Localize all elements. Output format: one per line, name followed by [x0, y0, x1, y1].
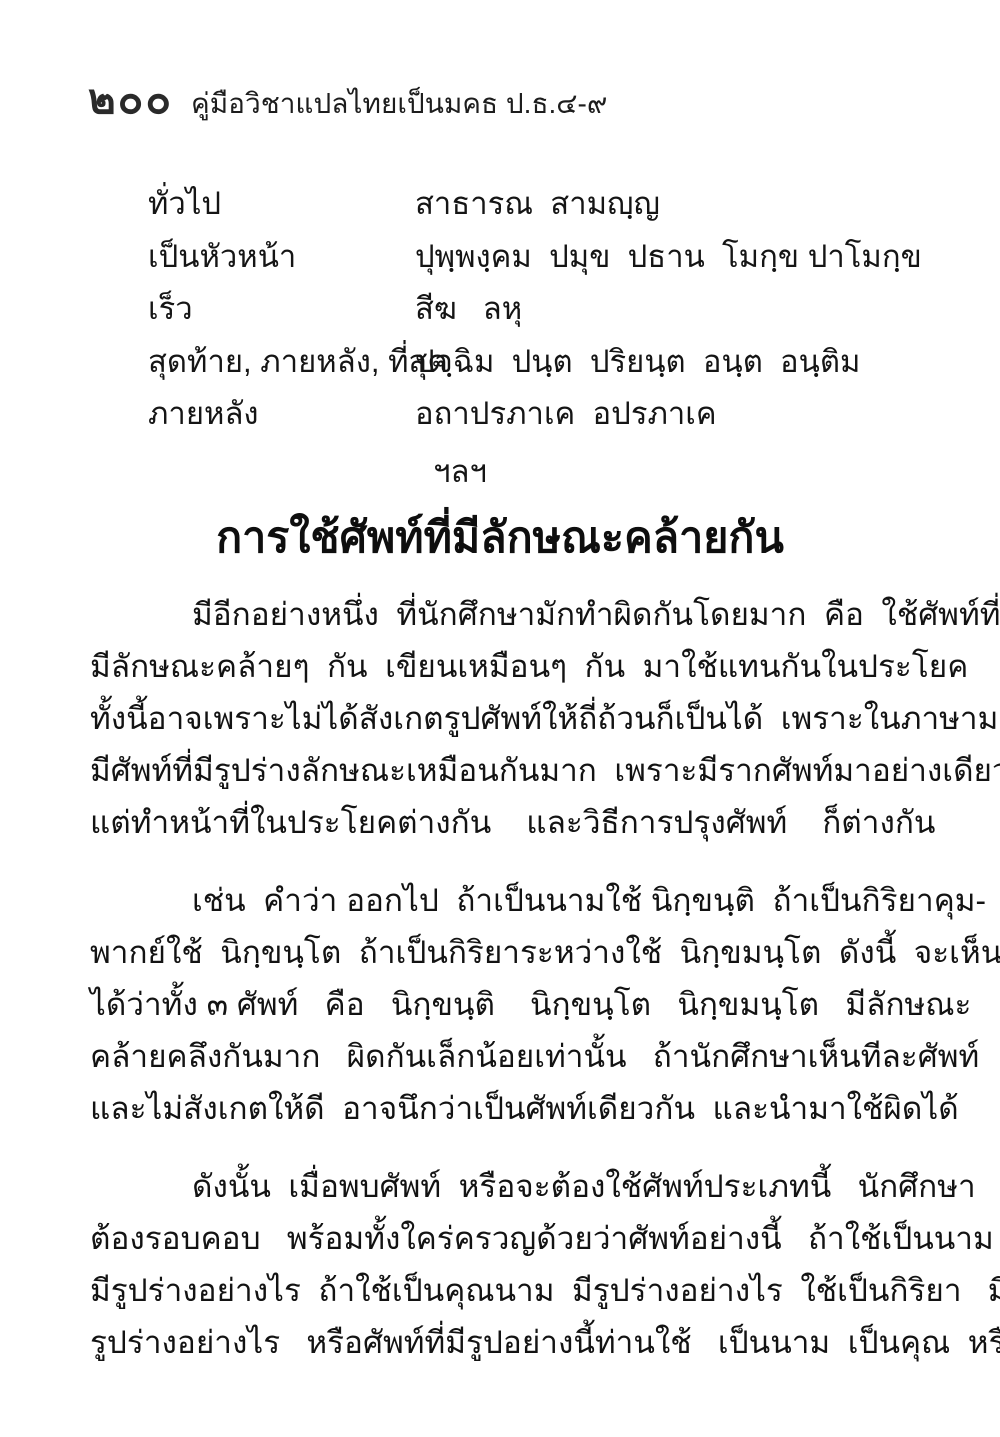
vocab-row: สุดท้าย, ภายหลัง, ที่สุด ปจฺฉิม ปนฺต ปริ… — [148, 336, 930, 389]
vocab-row: เป็นหัวหน้า ปุพฺพงฺคม ปมุข ปธาน โมกฺข ปา… — [148, 231, 930, 284]
vocab-thai-label: เร็ว — [148, 283, 415, 336]
vocab-pali-words: สาธารณ สามญฺญ — [415, 178, 930, 231]
book-page: ๒๐๐ คู่มือวิชาแปลไทยเป็นมคธ ป.ธ.๔-๙ ทั่ว… — [0, 0, 1000, 1437]
vocab-row: ทั่วไป สาธารณ สามญฺญ — [148, 178, 930, 231]
text-line: ต้องรอบคอบ พร้อมทั้งใคร่ครวญด้วยว่าศัพท์… — [90, 1212, 912, 1264]
vocab-row: ภายหลัง อถาปรภาเค อปรภาเค — [148, 388, 930, 441]
text-line: แต่ทำหน้าที่ในประโยคต่างกัน และวิธีการปร… — [90, 796, 912, 848]
text-line: และไม่สังเกตให้ดี อาจนึกว่าเป็นศัพท์เดีย… — [90, 1082, 912, 1134]
vocab-pali-words: ปุพฺพงฺคม ปมุข ปธาน โมกฺข ปาโมกฺข — [415, 231, 930, 284]
text-line: มีรูปร่างอย่างไร ถ้าใช้เป็นคุณนาม มีรูปร… — [90, 1264, 912, 1316]
text-line: เช่น คำว่า ออกไป ถ้าเป็นนามใช้ นิกฺขนฺติ… — [90, 874, 912, 926]
vocab-list: ทั่วไป สาธารณ สามญฺญ เป็นหัวหน้า ปุพฺพงฺ… — [148, 178, 930, 441]
text-line: มีศัพท์ที่มีรูปร่างลักษณะเหมือนกันมาก เพ… — [90, 744, 912, 796]
text-line: มีอีกอย่างหนึ่ง ที่นักศึกษามักทำผิดกันโด… — [90, 588, 912, 640]
text-line: ดังนั้น เมื่อพบศัพท์ หรือจะต้องใช้ศัพท์ป… — [90, 1160, 912, 1212]
text-line: รูปร่างอย่างไร หรือศัพท์ที่มีรูปอย่างนี้… — [90, 1316, 912, 1368]
vocab-pali-words: ปจฺฉิม ปนฺต ปริยนฺต อนฺต อนฺติม — [415, 336, 930, 389]
vocab-row: เร็ว สีฆ ลหุ — [148, 283, 930, 336]
section-heading: การใช้ศัพท์ที่มีลักษณะคล้ายกัน — [0, 508, 1000, 568]
paragraph: ดังนั้น เมื่อพบศัพท์ หรือจะต้องใช้ศัพท์ป… — [90, 1160, 912, 1368]
running-head: ๒๐๐ คู่มือวิชาแปลไทยเป็นมคธ ป.ธ.๔-๙ — [88, 66, 607, 132]
text-line: มีลักษณะคล้ายๆ กัน เขียนเหมือนๆ กัน มาใช… — [90, 640, 912, 692]
text-line: ได้ว่าทั้ง ๓ ศัพท์ คือ นิกฺขนฺติ นิกฺขนฺ… — [90, 978, 912, 1030]
vocab-thai-label: สุดท้าย, ภายหลัง, ที่สุด — [148, 336, 415, 389]
etcetera-mark: ฯลฯ — [0, 446, 920, 498]
body-text: มีอีกอย่างหนึ่ง ที่นักศึกษามักทำผิดกันโด… — [90, 588, 912, 1394]
page-number: ๒๐๐ — [88, 66, 173, 132]
paragraph: เช่น คำว่า ออกไป ถ้าเป็นนามใช้ นิกฺขนฺติ… — [90, 874, 912, 1134]
vocab-thai-label: ภายหลัง — [148, 388, 415, 441]
vocab-thai-label: เป็นหัวหน้า — [148, 231, 415, 284]
text-line: พากย์ใช้ นิกฺขนฺโต ถ้าเป็นกิริยาระหว่างใ… — [90, 926, 912, 978]
book-title: คู่มือวิชาแปลไทยเป็นมคธ ป.ธ.๔-๙ — [191, 82, 607, 126]
vocab-thai-label: ทั่วไป — [148, 178, 415, 231]
vocab-pali-words: สีฆ ลหุ — [415, 283, 930, 336]
paragraph: มีอีกอย่างหนึ่ง ที่นักศึกษามักทำผิดกันโด… — [90, 588, 912, 848]
text-line: ทั้งนี้อาจเพราะไม่ได้สังเกตรูปศัพท์ให้ถี… — [90, 692, 912, 744]
text-line: คล้ายคลึงกันมาก ผิดกันเล็กน้อยเท่านั้น ถ… — [90, 1030, 912, 1082]
vocab-pali-words: อถาปรภาเค อปรภาเค — [415, 388, 930, 441]
